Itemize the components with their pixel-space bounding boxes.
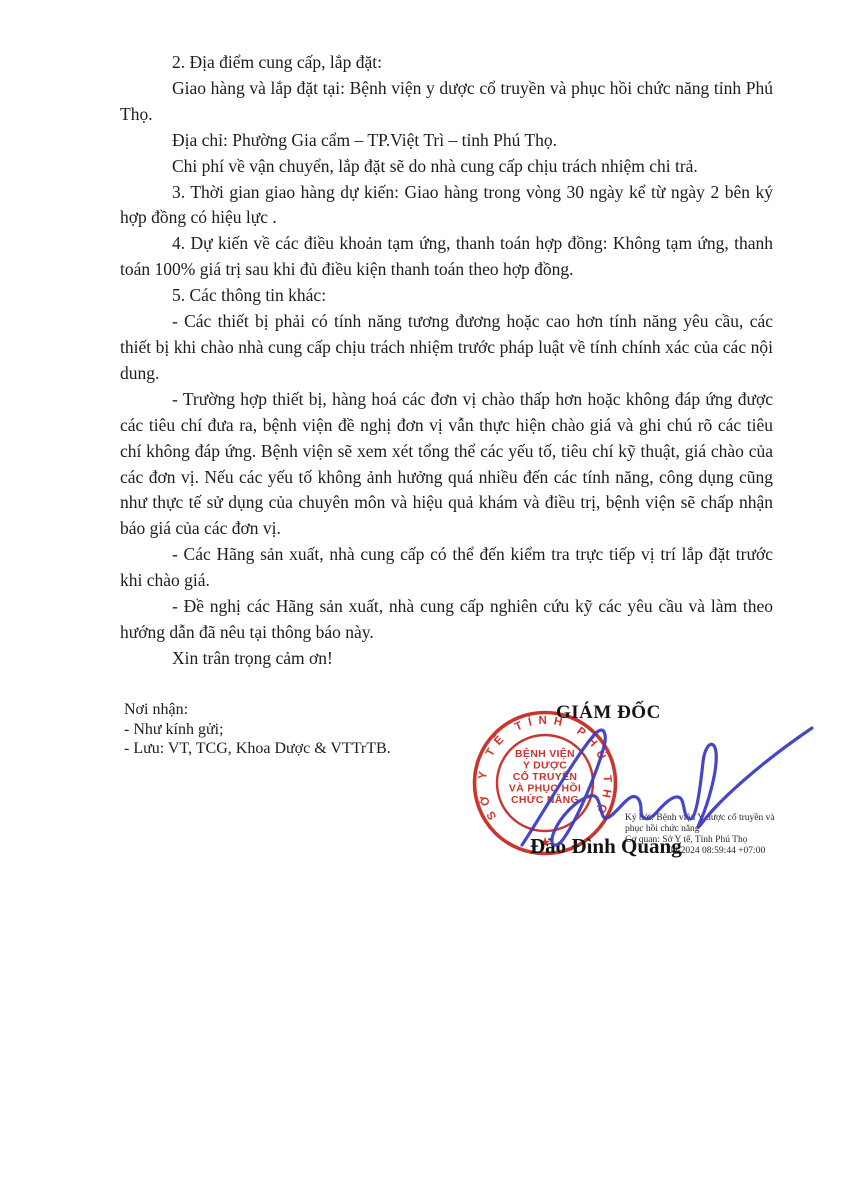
body-paragraph: - Đề nghị các Hãng sản xuất, nhà cung cấ…	[120, 594, 773, 646]
body-paragraph: 3. Thời gian giao hàng dự kiến: Giao hàn…	[120, 180, 773, 232]
stamp-center-line: CHỨC NĂNG	[511, 793, 579, 806]
body-paragraph: 5. Các thông tin khác:	[120, 283, 773, 309]
digital-signature-line: Ký bởi: Bệnh viện Y dược cổ truyền và	[625, 813, 840, 824]
recipients-item: - Lưu: VT, TCG, Khoa Dược & VTTrTB.	[124, 739, 391, 759]
body-paragraph: Chi phí về vận chuyển, lắp đặt sẽ do nhà…	[120, 154, 773, 180]
stamp-center-line: VÀ PHỤC HỒI	[509, 782, 581, 795]
body-paragraph: Giao hàng và lắp đặt tại: Bệnh viện y dư…	[120, 76, 773, 128]
signer-name: Đào Đình Quang	[530, 834, 682, 859]
document-body: 2. Địa điểm cung cấp, lắp đặt: Giao hàng…	[120, 50, 773, 672]
recipients-title: Nơi nhận:	[124, 700, 391, 720]
signer-position-title: GIÁM ĐỐC	[556, 702, 661, 724]
stamp-center-line: Y DƯỢC	[523, 760, 567, 772]
body-paragraph: 4. Dự kiến về các điều khoản tạm ứng, th…	[120, 231, 773, 283]
body-paragraph: Xin trân trọng cảm ơn!	[120, 646, 773, 672]
recipients-block: Nơi nhận: - Như kính gửi; - Lưu: VT, TCG…	[124, 700, 391, 759]
stamp-center-line: CỔ TRUYỀN	[513, 770, 578, 783]
body-paragraph: Địa chỉ: Phường Gia cẩm – TP.Việt Trì – …	[120, 128, 773, 154]
body-paragraph: - Trường hợp thiết bị, hàng hoá các đơn …	[120, 387, 773, 542]
document-page: 2. Địa điểm cung cấp, lắp đặt: Giao hàng…	[0, 0, 849, 1200]
body-paragraph: 2. Địa điểm cung cấp, lắp đặt:	[120, 50, 773, 76]
stamp-center-line: BỆNH VIỆN	[515, 747, 575, 760]
body-paragraph: - Các Hãng sản xuất, nhà cung cấp có thể…	[120, 542, 773, 594]
body-paragraph: - Các thiết bị phải có tính năng tương đ…	[120, 309, 773, 387]
recipients-item: - Như kính gửi;	[124, 720, 391, 740]
